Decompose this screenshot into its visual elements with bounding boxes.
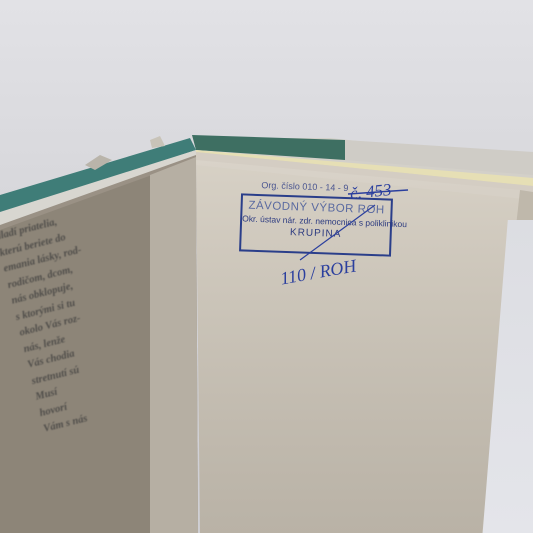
pen-strike-icon	[0, 0, 533, 533]
